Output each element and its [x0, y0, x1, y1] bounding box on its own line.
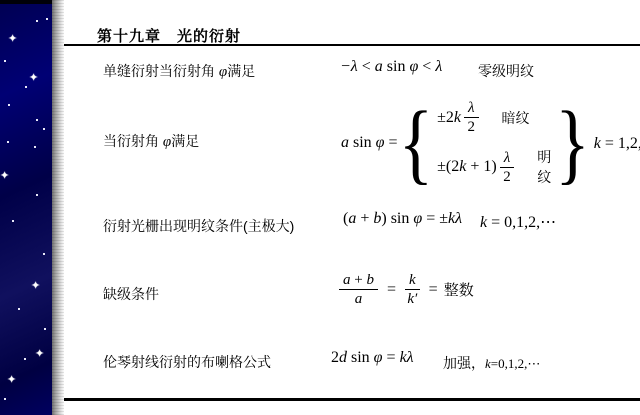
star-dot-icon	[7, 141, 9, 143]
star-dot-icon	[18, 308, 20, 310]
formula-token: b	[366, 272, 374, 288]
row2-cases: ±2k λ2 暗纹 ±(2k + 1) λ2 明纹	[437, 99, 551, 187]
open-brace-symbol: {	[399, 102, 434, 183]
formula-token: φ	[409, 58, 418, 75]
row3-note: k = 0,1,2,⋯	[480, 212, 556, 232]
header-divider	[64, 44, 640, 46]
formula-token: = 1,2,⋯	[601, 135, 640, 152]
fraction-denominator: k′	[405, 290, 419, 308]
star-dot-icon	[8, 104, 10, 106]
row4-formula: a + ba = kk′ = 整数	[336, 271, 474, 308]
star-dot-icon	[36, 194, 38, 196]
equals-sign: =	[429, 281, 438, 299]
star-dot-icon	[4, 398, 6, 400]
fraction-numerator: a + b	[339, 271, 378, 290]
fraction: λ2	[464, 99, 479, 136]
row1-label: 单缝衍射当衍射角 φ满足	[103, 61, 255, 81]
row5-note-cn: 加强，	[443, 355, 485, 371]
sidebar-edge	[52, 0, 64, 415]
formula-token: +	[356, 210, 373, 227]
formula-token: k	[454, 109, 461, 126]
star-dot-icon	[43, 253, 45, 255]
row4-label: 缺级条件	[103, 284, 159, 304]
star-dot-icon	[36, 119, 38, 121]
row5-label: 伦琴射线衍射的布喇格公式	[103, 352, 271, 372]
formula-token: =	[385, 134, 398, 151]
row2-label-pre: 当衍射角	[103, 133, 163, 149]
formula-token: +	[351, 272, 367, 288]
star-dot-icon	[43, 128, 45, 130]
star-icon: ✦	[35, 349, 46, 360]
row5-note: 加强，k=0,1,2,⋯	[443, 353, 540, 373]
row1-formula: −λ < a sin φ < λ	[340, 58, 442, 76]
equals-sign: =	[387, 281, 396, 299]
case-bright-fringe: ±(2k + 1) λ2 明纹	[437, 147, 551, 187]
fraction-numerator: k	[405, 271, 420, 290]
formula-token: a	[343, 272, 351, 288]
row5-formula: 2d sin φ = kλ	[331, 349, 414, 367]
row3-label: 衍射光栅出现明纹条件(主极大)	[103, 216, 294, 236]
star-dot-icon	[44, 328, 46, 330]
star-dot-icon	[34, 146, 36, 148]
case-expression: ±2k	[437, 109, 461, 127]
case-tag: 明纹	[537, 147, 551, 187]
phi-symbol: φ	[163, 134, 171, 150]
case-tag: 暗纹	[502, 108, 530, 128]
footer-divider	[64, 398, 640, 401]
formula-token: d	[339, 349, 347, 366]
formula-token: sin	[349, 134, 376, 151]
row1-note: 零级明纹	[478, 61, 534, 81]
row2-k-range: k = 1,2,⋯	[594, 133, 640, 153]
row2-lhs: a sin φ =	[341, 134, 398, 152]
star-icon: ✦	[8, 34, 19, 45]
row2-label-post: 满足	[171, 133, 199, 149]
formula-token: =0,1,2,⋯	[491, 356, 541, 371]
star-icon: ✦	[31, 281, 42, 292]
formula-token: a	[341, 134, 349, 151]
formula-token: ±2	[437, 109, 454, 126]
fraction: kk′	[405, 271, 420, 308]
fraction-denominator: a	[353, 290, 365, 308]
formula-token: kλ	[400, 349, 414, 366]
formula-token: =	[383, 349, 400, 366]
formula-token: φ	[376, 134, 385, 151]
formula-token: <	[418, 58, 435, 75]
fraction: a + ba	[339, 271, 378, 308]
close-brace-symbol: }	[555, 102, 590, 183]
case-expression: ±(2k + 1)	[437, 158, 497, 176]
page-title: 第十九章 光的衍射	[97, 25, 241, 46]
formula-token: = ±	[422, 210, 448, 227]
sidebar-top-band	[0, 0, 52, 4]
formula-token: = 0,1,2,⋯	[487, 214, 556, 231]
star-dot-icon	[36, 20, 38, 22]
row1-label-post: 满足	[227, 63, 255, 79]
formula-token: φ	[374, 349, 383, 366]
formula-token: ) sin	[381, 210, 413, 227]
row5-note-k: k=0,1,2,⋯	[485, 356, 540, 371]
star-dot-icon	[25, 86, 27, 88]
formula-token: λ	[435, 58, 442, 75]
slide-page: ✦ ✦ ✦ ✦ ✦ ✦ 第十九章 光的衍射 单缝衍射当衍射角 φ满足 −λ < …	[0, 0, 640, 415]
formula-token: a	[375, 58, 383, 75]
sidebar-starfield: ✦ ✦ ✦ ✦ ✦ ✦	[0, 0, 52, 415]
formula-token: + 1)	[466, 158, 496, 175]
row3-formula: (a + b) sin φ = ±kλ	[343, 210, 462, 228]
fraction: λ2	[500, 149, 515, 186]
fraction-numerator: λ	[500, 149, 515, 168]
phi-symbol: φ	[219, 64, 227, 80]
row2-label: 当衍射角 φ满足	[103, 131, 199, 151]
case-dark-fringe: ±2k λ2 暗纹	[437, 99, 551, 136]
row1-label-pre: 单缝衍射当衍射角	[103, 63, 219, 79]
row2-formula: a sin φ = { ±2k λ2 暗纹 ±(2k + 1) λ2 明纹 } …	[341, 94, 640, 192]
fraction-numerator: λ	[464, 99, 479, 118]
formula-token: 2	[331, 349, 339, 366]
formula-token: sin	[383, 58, 410, 75]
formula-token: k	[594, 135, 601, 152]
formula-token: φ	[413, 210, 422, 227]
formula-token: kλ	[448, 210, 462, 227]
formula-token: sin	[347, 349, 374, 366]
formula-token: <	[362, 58, 375, 75]
star-icon: ✦	[7, 375, 18, 386]
formula-token: −λ	[340, 58, 362, 75]
star-dot-icon	[24, 358, 26, 360]
star-icon: ✦	[0, 171, 11, 182]
star-dot-icon	[46, 18, 48, 20]
fraction-denominator: 2	[501, 168, 513, 186]
star-dot-icon	[4, 60, 6, 62]
row4-note: 整数	[444, 279, 474, 300]
star-dot-icon	[12, 220, 14, 222]
star-icon: ✦	[29, 73, 40, 84]
formula-token: ±(2	[437, 158, 459, 175]
fraction-denominator: 2	[466, 118, 478, 136]
